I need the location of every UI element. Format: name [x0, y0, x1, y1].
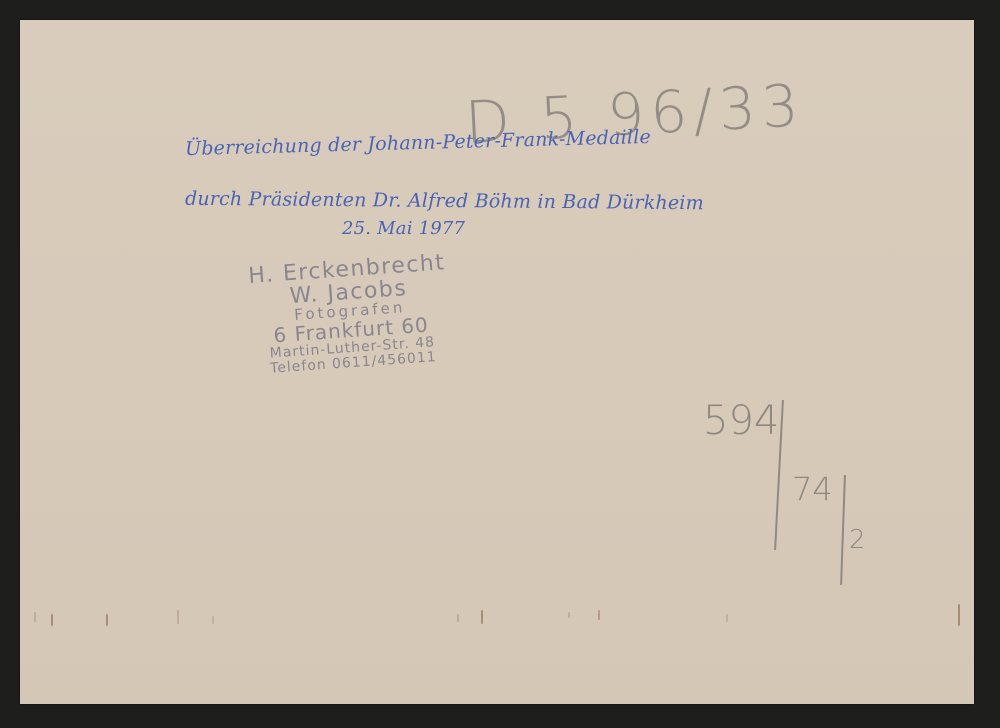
caption-date: 25. Mai 1977	[342, 218, 465, 239]
inventory-number-main: 594	[703, 398, 779, 444]
photo-back-paper: D 5 96/33 Überreichung der Johann-Peter-…	[20, 20, 974, 704]
inventory-number-sub: 74	[792, 470, 833, 508]
inventory-number-page: 2	[849, 525, 866, 555]
caption-line-1: Überreichung der Johann-Peter-Frank-Meda…	[185, 126, 651, 160]
adhesive-residue-marks	[20, 610, 974, 650]
inventory-divider-2	[840, 475, 846, 585]
photographer-stamp: H. Erckenbrecht W. Jacobs Fotografen 6 F…	[196, 248, 503, 381]
caption-line-2: durch Präsidenten Dr. Alfred Böhm in Bad…	[185, 188, 704, 215]
